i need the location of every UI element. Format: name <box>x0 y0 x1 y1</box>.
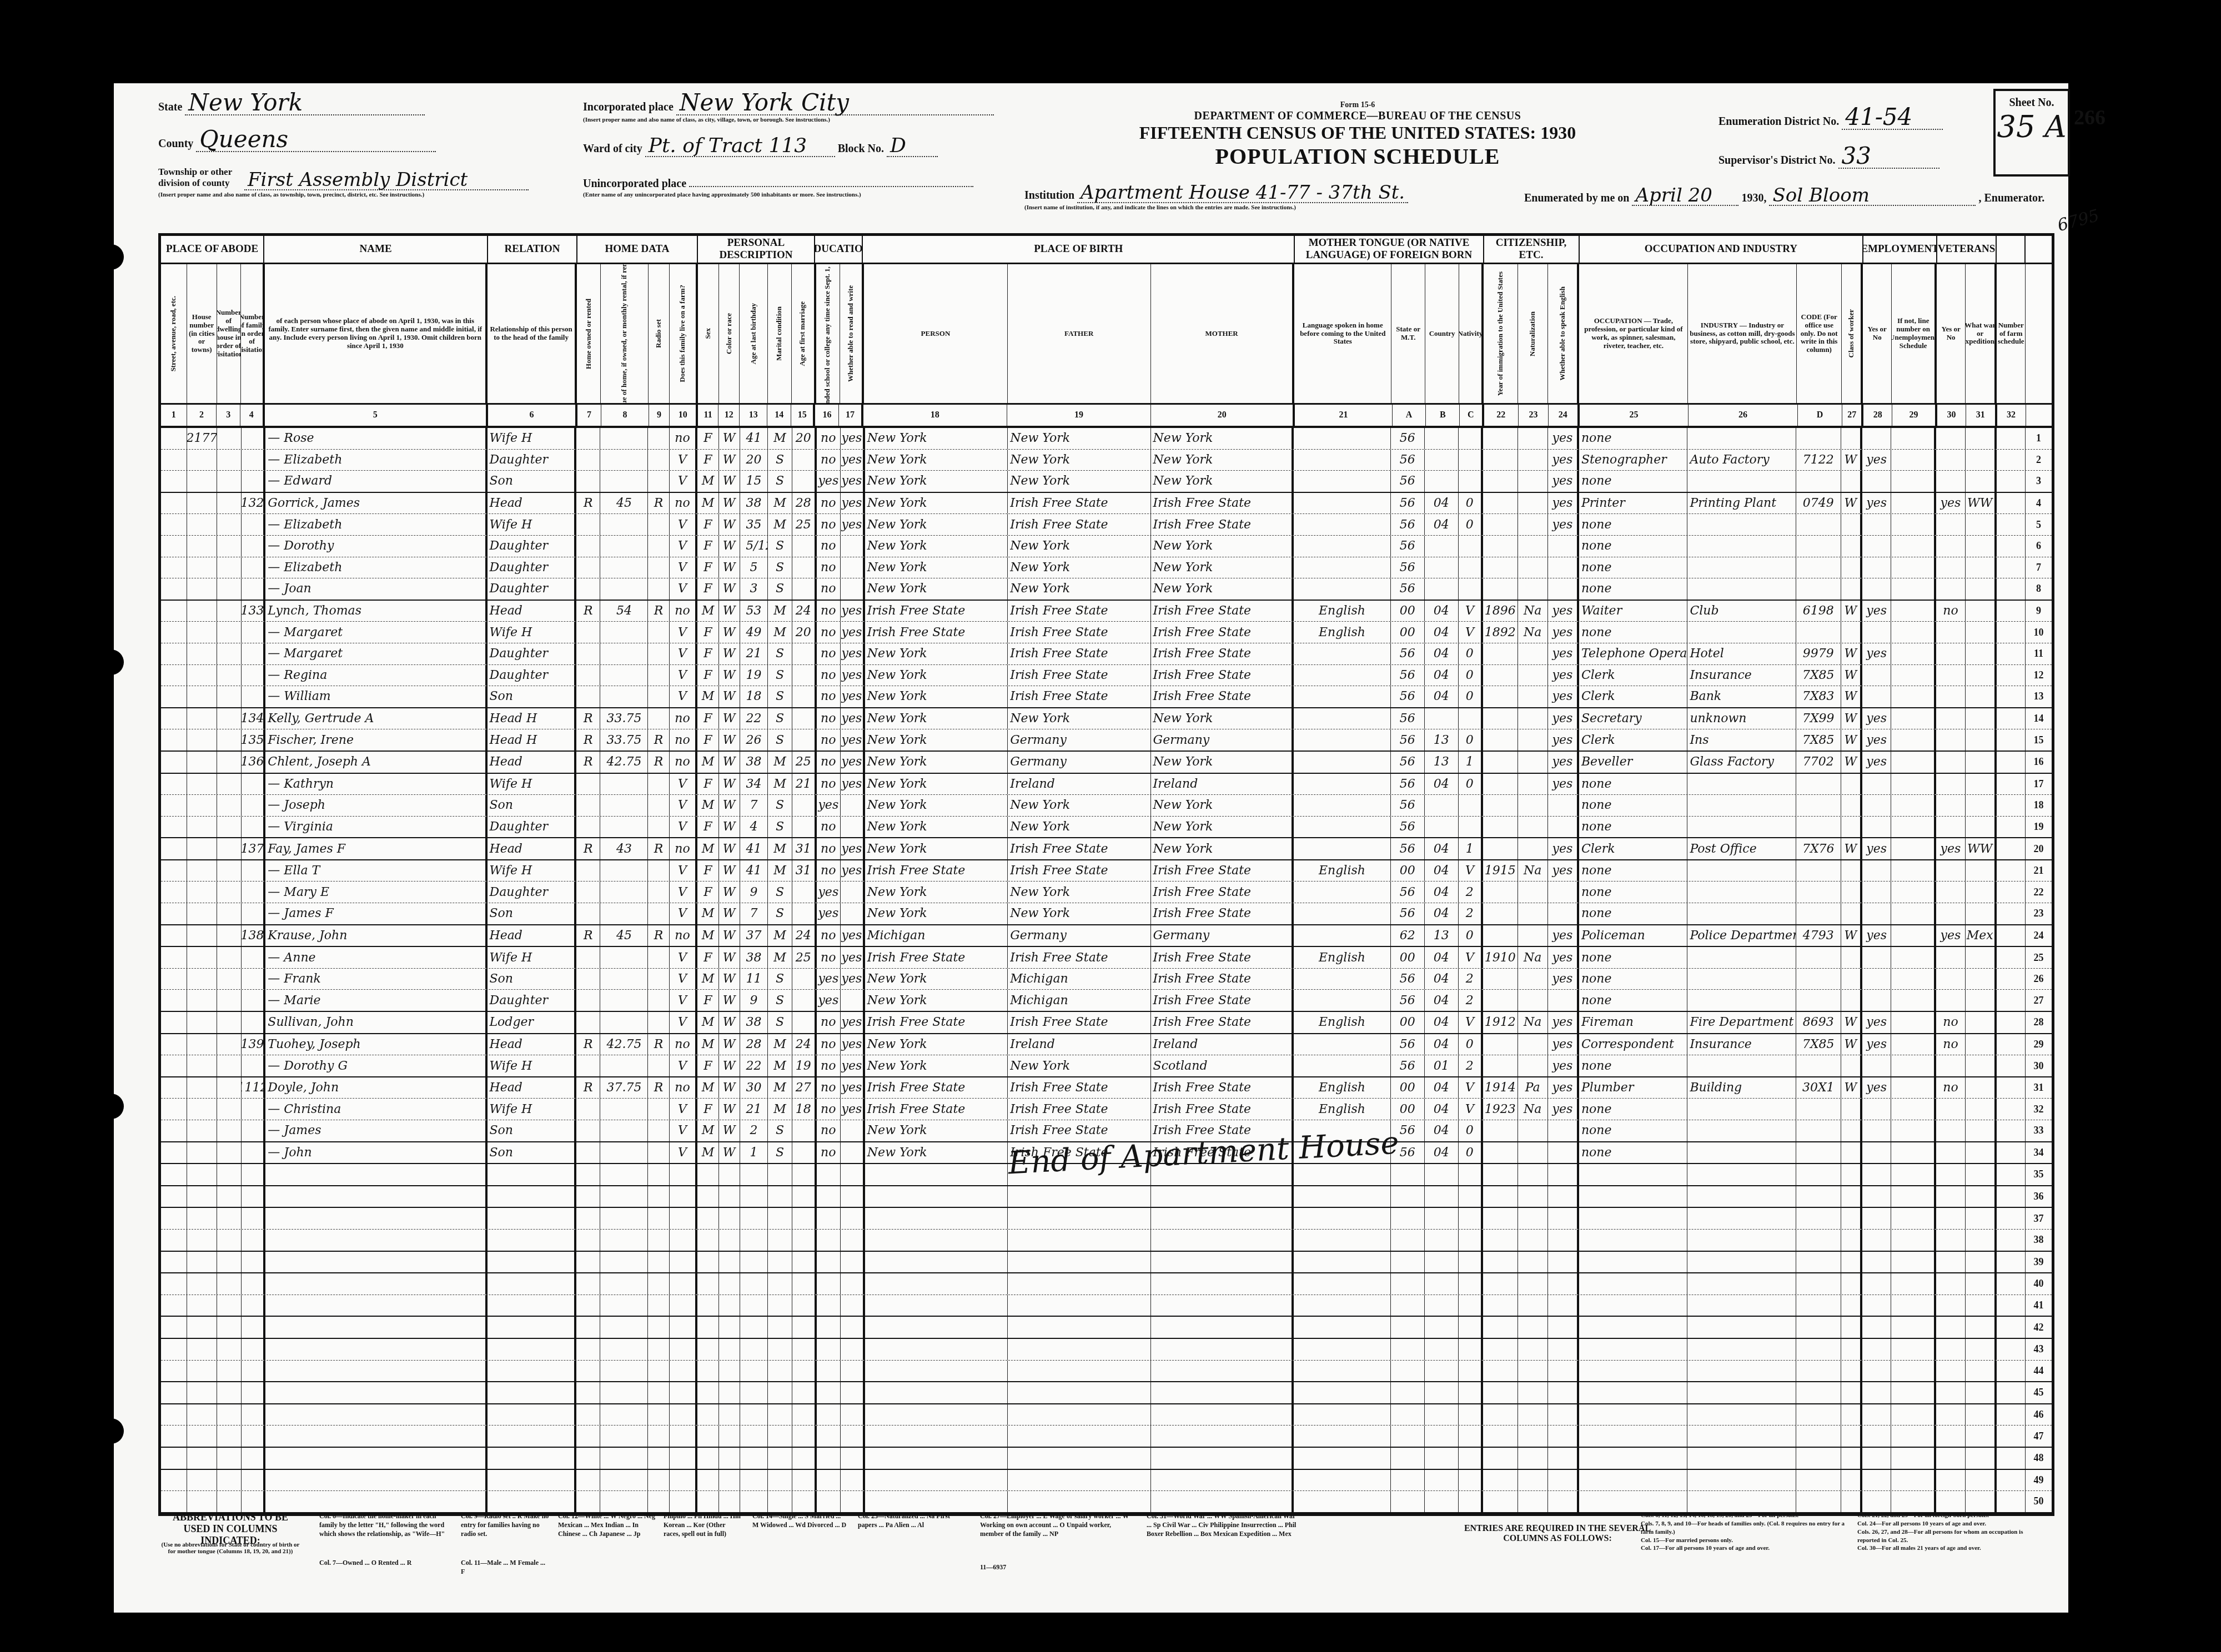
county-value: Queens <box>196 128 436 152</box>
cell-age-marr <box>792 1012 817 1033</box>
cell-birth-person: New York <box>865 729 1008 751</box>
cell-industry <box>1687 1142 1796 1164</box>
cell-read <box>841 578 865 600</box>
cell-industry <box>1687 514 1796 535</box>
cell-immig <box>1483 752 1518 773</box>
cell-natur <box>1518 1208 1548 1229</box>
cell-code-c: 2 <box>1459 882 1483 903</box>
cell-race: W <box>719 947 740 968</box>
cell-radio <box>648 1361 669 1382</box>
cell-war <box>1966 1164 1997 1185</box>
cell-natur: Na <box>1518 1012 1548 1033</box>
cell-at-work <box>1862 1470 1891 1491</box>
cell-owned <box>576 882 600 903</box>
table-row: — James FSonVMW7SyesNew YorkNew YorkIris… <box>161 903 2052 925</box>
cell-sex: F <box>697 536 718 557</box>
cell-name: Kelly, Gertrude A <box>265 708 487 729</box>
cell-birth-person: New York <box>865 428 1008 449</box>
cell-name <box>265 1317 487 1338</box>
cell-name: — Christina <box>265 1099 487 1120</box>
cell-age-marr <box>792 795 817 816</box>
cell-industry <box>1687 903 1796 924</box>
cell-natur <box>1518 428 1548 449</box>
cell-birth-father: Irish Free State <box>1008 947 1150 968</box>
cell-family <box>242 903 266 924</box>
cell-age-marr <box>792 882 817 903</box>
cell-code-c: 0 <box>1459 686 1483 707</box>
cell-relation: Wife H <box>488 860 576 882</box>
cell-school: no <box>817 817 841 838</box>
cell-school: no <box>817 578 841 600</box>
cell-unemp-line <box>1891 1273 1936 1295</box>
cell-radio <box>648 1470 669 1491</box>
cell-dwelling <box>217 1273 241 1295</box>
cell-age-marr <box>792 1252 817 1273</box>
cell-radio <box>648 1120 669 1141</box>
table-row: 36 <box>161 1186 2052 1208</box>
cell-natur <box>1518 1230 1548 1251</box>
cell-war <box>1966 686 1997 707</box>
cell-code-c <box>1459 1404 1483 1426</box>
cell-vet <box>1936 1099 1965 1120</box>
cell-birth-person: Irish Free State <box>865 860 1008 882</box>
cell-birth-person: New York <box>865 903 1008 924</box>
cell-birth-mother: New York <box>1151 817 1294 838</box>
line-number: 12 <box>2026 665 2052 686</box>
cell-farm-sched <box>1997 882 2026 903</box>
cell-code-d: 8693 <box>1796 1012 1841 1033</box>
cell-occupation <box>1579 1186 1688 1207</box>
cell-language <box>1294 1382 1390 1403</box>
cell-english: yes <box>1548 450 1579 471</box>
cell-birth-person: New York <box>865 450 1008 471</box>
column-header-13: Age at last birthday <box>740 264 767 403</box>
cell-race <box>719 1470 740 1491</box>
cell-code-d <box>1796 882 1841 903</box>
cell-name <box>265 1252 487 1273</box>
table-row: — ReginaDaughterVFW19SnoyesNew YorkIrish… <box>161 665 2052 687</box>
cell-value <box>600 1426 648 1447</box>
cell-age-marr <box>792 990 817 1011</box>
cell-street <box>161 622 187 643</box>
cell-birth-mother: New York <box>1151 450 1294 471</box>
cell-sex: F <box>697 817 718 838</box>
column-header-8: Value of home, if owned, or monthly rent… <box>601 264 649 403</box>
cell-radio: R <box>648 1077 669 1099</box>
cell-school <box>817 1230 841 1251</box>
cell-war <box>1966 1120 1997 1141</box>
cell-english <box>1548 817 1579 838</box>
cell-relation: Son <box>488 969 576 990</box>
cell-dwelling <box>217 1164 241 1185</box>
cell-vet <box>1936 1448 1965 1469</box>
column-header-16: Attended school or college any time sinc… <box>816 264 840 403</box>
cell-school: yes <box>817 795 841 816</box>
table-row: — JosephSonVMW7SyesNew YorkNew YorkNew Y… <box>161 795 2052 817</box>
cell-age: 1 5/12 <box>740 536 768 557</box>
cell-industry <box>1687 1186 1796 1207</box>
line-number: 24 <box>2026 925 2052 946</box>
cell-code-c <box>1459 1252 1483 1273</box>
cell-occupation: none <box>1579 1120 1688 1141</box>
cell-age-marr <box>792 1142 817 1164</box>
cell-owned <box>576 1055 600 1076</box>
cell-code-a: 56 <box>1391 665 1425 686</box>
cell-birth-father: Germany <box>1008 729 1150 751</box>
cell-school: no <box>817 1055 841 1076</box>
line-number-header <box>2026 236 2052 263</box>
cell-unemp-line <box>1891 1382 1936 1403</box>
cell-street <box>161 1317 187 1338</box>
cell-age-marr: 28 <box>792 493 817 514</box>
cell-natur <box>1518 557 1548 578</box>
cell-name: — James <box>265 1120 487 1141</box>
cell-street <box>161 752 187 773</box>
cell-radio <box>648 1208 669 1229</box>
cell-code-c <box>1459 1339 1483 1360</box>
cell-code-a <box>1391 1295 1425 1316</box>
cell-war <box>1966 903 1997 924</box>
cell-house <box>187 1273 217 1295</box>
cell-vet <box>1936 1252 1965 1273</box>
cell-read <box>841 1404 865 1426</box>
cell-owned <box>576 1295 600 1316</box>
page-stamp: 266 <box>2074 105 2106 130</box>
cell-industry <box>1687 578 1796 600</box>
cell-english: yes <box>1548 947 1579 968</box>
cell-code-a: 00 <box>1391 860 1425 882</box>
cell-name: — Margaret <box>265 643 487 664</box>
cell-code-c <box>1459 1470 1483 1491</box>
cell-school: no <box>817 1120 841 1141</box>
cell-relation: Son <box>488 686 576 707</box>
cell-class <box>1841 471 1863 492</box>
line-number: 39 <box>2026 1252 2052 1273</box>
form-footer: ABBREVIATIONS TO BE USED IN COLUMNS INDI… <box>158 1507 2049 1579</box>
cell-name: — Elizabeth <box>265 450 487 471</box>
cell-code-a: 56 <box>1391 838 1425 859</box>
cell-sex: F <box>697 947 718 968</box>
cell-at-work <box>1862 882 1891 903</box>
cell-street <box>161 969 187 990</box>
cell-owned <box>576 536 600 557</box>
cell-industry <box>1687 1252 1796 1273</box>
cell-birth-father: Germany <box>1008 752 1150 773</box>
cell-natur <box>1518 1470 1548 1491</box>
cell-at-work: yes <box>1862 752 1891 773</box>
cell-birth-person: New York <box>865 665 1008 686</box>
table-row: — KathrynWife HVFW34M21noyesNew YorkIrel… <box>161 774 2052 795</box>
cell-school: no <box>817 536 841 557</box>
county-field: County Queens <box>158 128 436 152</box>
cell-at-work: yes <box>1862 493 1891 514</box>
cell-race: W <box>719 428 740 449</box>
cell-war <box>1966 817 1997 838</box>
column-group-abode: PLACE OF ABODE <box>161 236 264 263</box>
cell-language <box>1294 1273 1390 1295</box>
cell-vet: no <box>1936 601 1965 622</box>
cell-unemp-line <box>1891 1230 1936 1251</box>
cell-occupation <box>1579 1208 1688 1229</box>
cell-occupation: none <box>1579 990 1688 1011</box>
column-number: 11 <box>698 405 719 426</box>
cell-war <box>1966 947 1997 968</box>
cell-at-work: yes <box>1862 729 1891 751</box>
cell-occupation: Clerk <box>1579 665 1688 686</box>
table-row: 47 <box>161 1426 2052 1448</box>
table-row: Sullivan, JohnLodgerVMW38SnoyesIrish Fre… <box>161 1012 2052 1034</box>
cell-radio <box>648 795 669 816</box>
cell-language <box>1294 514 1390 535</box>
cell-class: W <box>1841 729 1863 751</box>
cell-birth-father <box>1008 1230 1150 1251</box>
cell-industry <box>1687 428 1796 449</box>
cell-english <box>1548 1361 1579 1382</box>
cell-unemp-line <box>1891 817 1936 838</box>
cell-class: W <box>1841 1077 1863 1099</box>
cell-relation <box>488 1448 576 1469</box>
cell-war <box>1966 450 1997 471</box>
cell-farm <box>670 1273 698 1295</box>
cell-class: W <box>1841 450 1863 471</box>
cell-code-a: 56 <box>1391 817 1425 838</box>
cell-birth-father: Irish Free State <box>1008 860 1150 882</box>
cell-immig <box>1483 969 1518 990</box>
cell-sex <box>697 1164 718 1185</box>
cell-birth-mother: New York <box>1151 536 1294 557</box>
column-number: 32 <box>1997 405 2026 426</box>
cell-language <box>1294 1186 1390 1207</box>
cell-code-a: 00 <box>1391 601 1425 622</box>
cell-family <box>242 969 266 990</box>
cell-age <box>740 1317 768 1338</box>
cell-war <box>1966 1382 1997 1403</box>
cell-birth-person: New York <box>865 969 1008 990</box>
cell-english: yes <box>1548 622 1579 643</box>
cell-farm-sched <box>1997 1055 2026 1076</box>
cell-street <box>161 774 187 795</box>
cell-radio: R <box>648 838 669 859</box>
cell-farm <box>670 1252 698 1273</box>
table-row: 41 <box>161 1295 2052 1317</box>
cell-birth-mother: New York <box>1151 428 1294 449</box>
cell-language: English <box>1294 1099 1390 1120</box>
cell-owned <box>576 795 600 816</box>
cell-code-b <box>1425 1230 1459 1251</box>
cell-race <box>719 1295 740 1316</box>
line-number: 16 <box>2026 752 2052 773</box>
cell-industry <box>1687 1230 1796 1251</box>
cell-owned <box>576 817 600 838</box>
cell-farm-sched <box>1997 1164 2026 1185</box>
cell-family <box>242 817 266 838</box>
cell-code-d <box>1796 1404 1841 1426</box>
cell-unemp-line <box>1891 1448 1936 1469</box>
cell-dwelling <box>217 1252 241 1273</box>
cell-unemp-line <box>1891 1208 1936 1229</box>
cell-unemp-line <box>1891 622 1936 643</box>
cell-street <box>161 925 187 946</box>
cell-immig <box>1483 1186 1518 1207</box>
cell-birth-mother: Irish Free State <box>1151 686 1294 707</box>
cell-natur <box>1518 686 1548 707</box>
cell-code-d <box>1796 428 1841 449</box>
cell-street <box>161 1012 187 1033</box>
cell-code-a: 56 <box>1391 708 1425 729</box>
cell-code-d <box>1796 557 1841 578</box>
cell-value <box>600 1404 648 1426</box>
cell-owned <box>576 1317 600 1338</box>
cell-class: W <box>1841 838 1863 859</box>
cell-value: 45 <box>600 493 648 514</box>
cell-code-c <box>1459 1317 1483 1338</box>
cell-occupation <box>1579 1426 1688 1447</box>
punch-hole <box>98 1418 124 1444</box>
cell-house <box>187 1426 217 1447</box>
cell-natur <box>1518 969 1548 990</box>
cell-birth-mother: Irish Free State <box>1151 947 1294 968</box>
cell-dwelling <box>217 1034 241 1055</box>
cell-race: W <box>719 795 740 816</box>
cell-age-marr <box>792 1404 817 1426</box>
cell-value: 42.75 <box>600 752 648 773</box>
cell-code-d <box>1796 947 1841 968</box>
cell-occupation: Waiter <box>1579 601 1688 622</box>
cell-school: no <box>817 557 841 578</box>
cell-age: 34 <box>740 774 768 795</box>
cell-code-c <box>1459 1361 1483 1382</box>
cell-family <box>242 1099 266 1120</box>
cell-birth-person <box>865 1208 1008 1229</box>
cell-code-a: 00 <box>1391 1099 1425 1120</box>
cell-industry: Bank <box>1687 686 1796 707</box>
cell-vet <box>1936 1208 1965 1229</box>
cell-street <box>161 665 187 686</box>
cell-street <box>161 795 187 816</box>
cell-radio <box>648 665 669 686</box>
cell-relation <box>488 1230 576 1251</box>
cell-at-work <box>1862 1317 1891 1338</box>
cell-birth-person: New York <box>865 882 1008 903</box>
cell-code-c <box>1459 1448 1483 1469</box>
cell-house <box>187 1034 217 1055</box>
cell-sex: M <box>697 795 718 816</box>
cell-marital: M <box>768 752 792 773</box>
cell-code-b <box>1425 578 1459 600</box>
cell-name: — Kathryn <box>265 774 487 795</box>
cell-farm-sched <box>1997 1317 2026 1338</box>
cell-immig <box>1483 665 1518 686</box>
cell-vet <box>1936 1361 1965 1382</box>
cell-farm: V <box>670 536 698 557</box>
column-number: A <box>1393 405 1426 426</box>
column-header-25: OCCUPATION — Trade, profession, or parti… <box>1579 264 1688 403</box>
cell-house <box>187 838 217 859</box>
cell-race: W <box>719 557 740 578</box>
cell-natur: Na <box>1518 947 1548 968</box>
cell-relation: Daughter <box>488 450 576 471</box>
cell-value <box>600 1317 648 1338</box>
cell-occupation: Fireman <box>1579 1012 1688 1033</box>
column-number: 23 <box>1519 405 1549 426</box>
cell-house <box>187 708 217 729</box>
cell-farm: V <box>670 1055 698 1076</box>
cell-farm-sched <box>1997 969 2026 990</box>
cell-value <box>600 1099 648 1120</box>
cell-marital <box>768 1470 792 1491</box>
cell-vet <box>1936 817 1965 838</box>
cell-school: no <box>817 622 841 643</box>
cell-english <box>1548 1448 1579 1469</box>
cell-relation: Daughter <box>488 817 576 838</box>
cell-birth-person <box>865 1230 1008 1251</box>
cell-birth-person: New York <box>865 795 1008 816</box>
cell-school: no <box>817 643 841 664</box>
cell-family <box>242 557 266 578</box>
cell-industry <box>1687 622 1796 643</box>
cell-name: — Elizabeth <box>265 557 487 578</box>
cell-immig: 1915 <box>1483 860 1518 882</box>
cell-birth-father <box>1008 1404 1150 1426</box>
column-header-D: CODE (For office use only. Do not write … <box>1797 264 1842 403</box>
column-number: 1 <box>161 405 187 426</box>
cell-marital: S <box>768 969 792 990</box>
cell-radio <box>648 1164 669 1185</box>
column-number: 20 <box>1151 405 1295 426</box>
cell-birth-mother: Irish Free State <box>1151 860 1294 882</box>
margin-stamp: 6795 <box>2056 206 2102 236</box>
cell-code-c: 2 <box>1459 969 1483 990</box>
cell-farm: V <box>670 622 698 643</box>
cell-unemp-line <box>1891 795 1936 816</box>
cell-value <box>600 969 648 990</box>
cell-code-c: 0 <box>1459 925 1483 946</box>
column-number: 18 <box>863 405 1007 426</box>
cell-war <box>1966 1295 1997 1316</box>
cell-owned <box>576 860 600 882</box>
cell-code-b <box>1425 708 1459 729</box>
cell-house <box>187 1448 217 1469</box>
cell-immig <box>1483 990 1518 1011</box>
cell-code-d: 9979 <box>1796 643 1841 664</box>
cell-marital <box>768 1230 792 1251</box>
cell-family <box>242 643 266 664</box>
cell-at-work <box>1862 1273 1891 1295</box>
cell-industry <box>1687 774 1796 795</box>
cell-read <box>841 1252 865 1273</box>
cell-class <box>1841 514 1863 535</box>
cell-marital: S <box>768 1012 792 1033</box>
cell-owned <box>576 1164 600 1185</box>
cell-read: yes <box>841 729 865 751</box>
cell-natur <box>1518 1317 1548 1338</box>
cell-age-marr <box>792 643 817 664</box>
cell-read: yes <box>841 860 865 882</box>
line-number: 8 <box>2026 578 2052 600</box>
cell-industry <box>1687 1120 1796 1141</box>
cell-code-c <box>1459 1208 1483 1229</box>
cell-read <box>841 1361 865 1382</box>
column-group-occupation: OCCUPATION AND INDUSTRY <box>1580 236 1864 263</box>
cell-code-d <box>1796 969 1841 990</box>
cell-age: 41 <box>740 860 768 882</box>
cell-code-b: 04 <box>1425 860 1459 882</box>
line-number: 47 <box>2026 1426 2052 1447</box>
cell-at-work <box>1862 622 1891 643</box>
cell-dwelling <box>217 686 241 707</box>
cell-code-d <box>1796 774 1841 795</box>
cell-race <box>719 1448 740 1469</box>
